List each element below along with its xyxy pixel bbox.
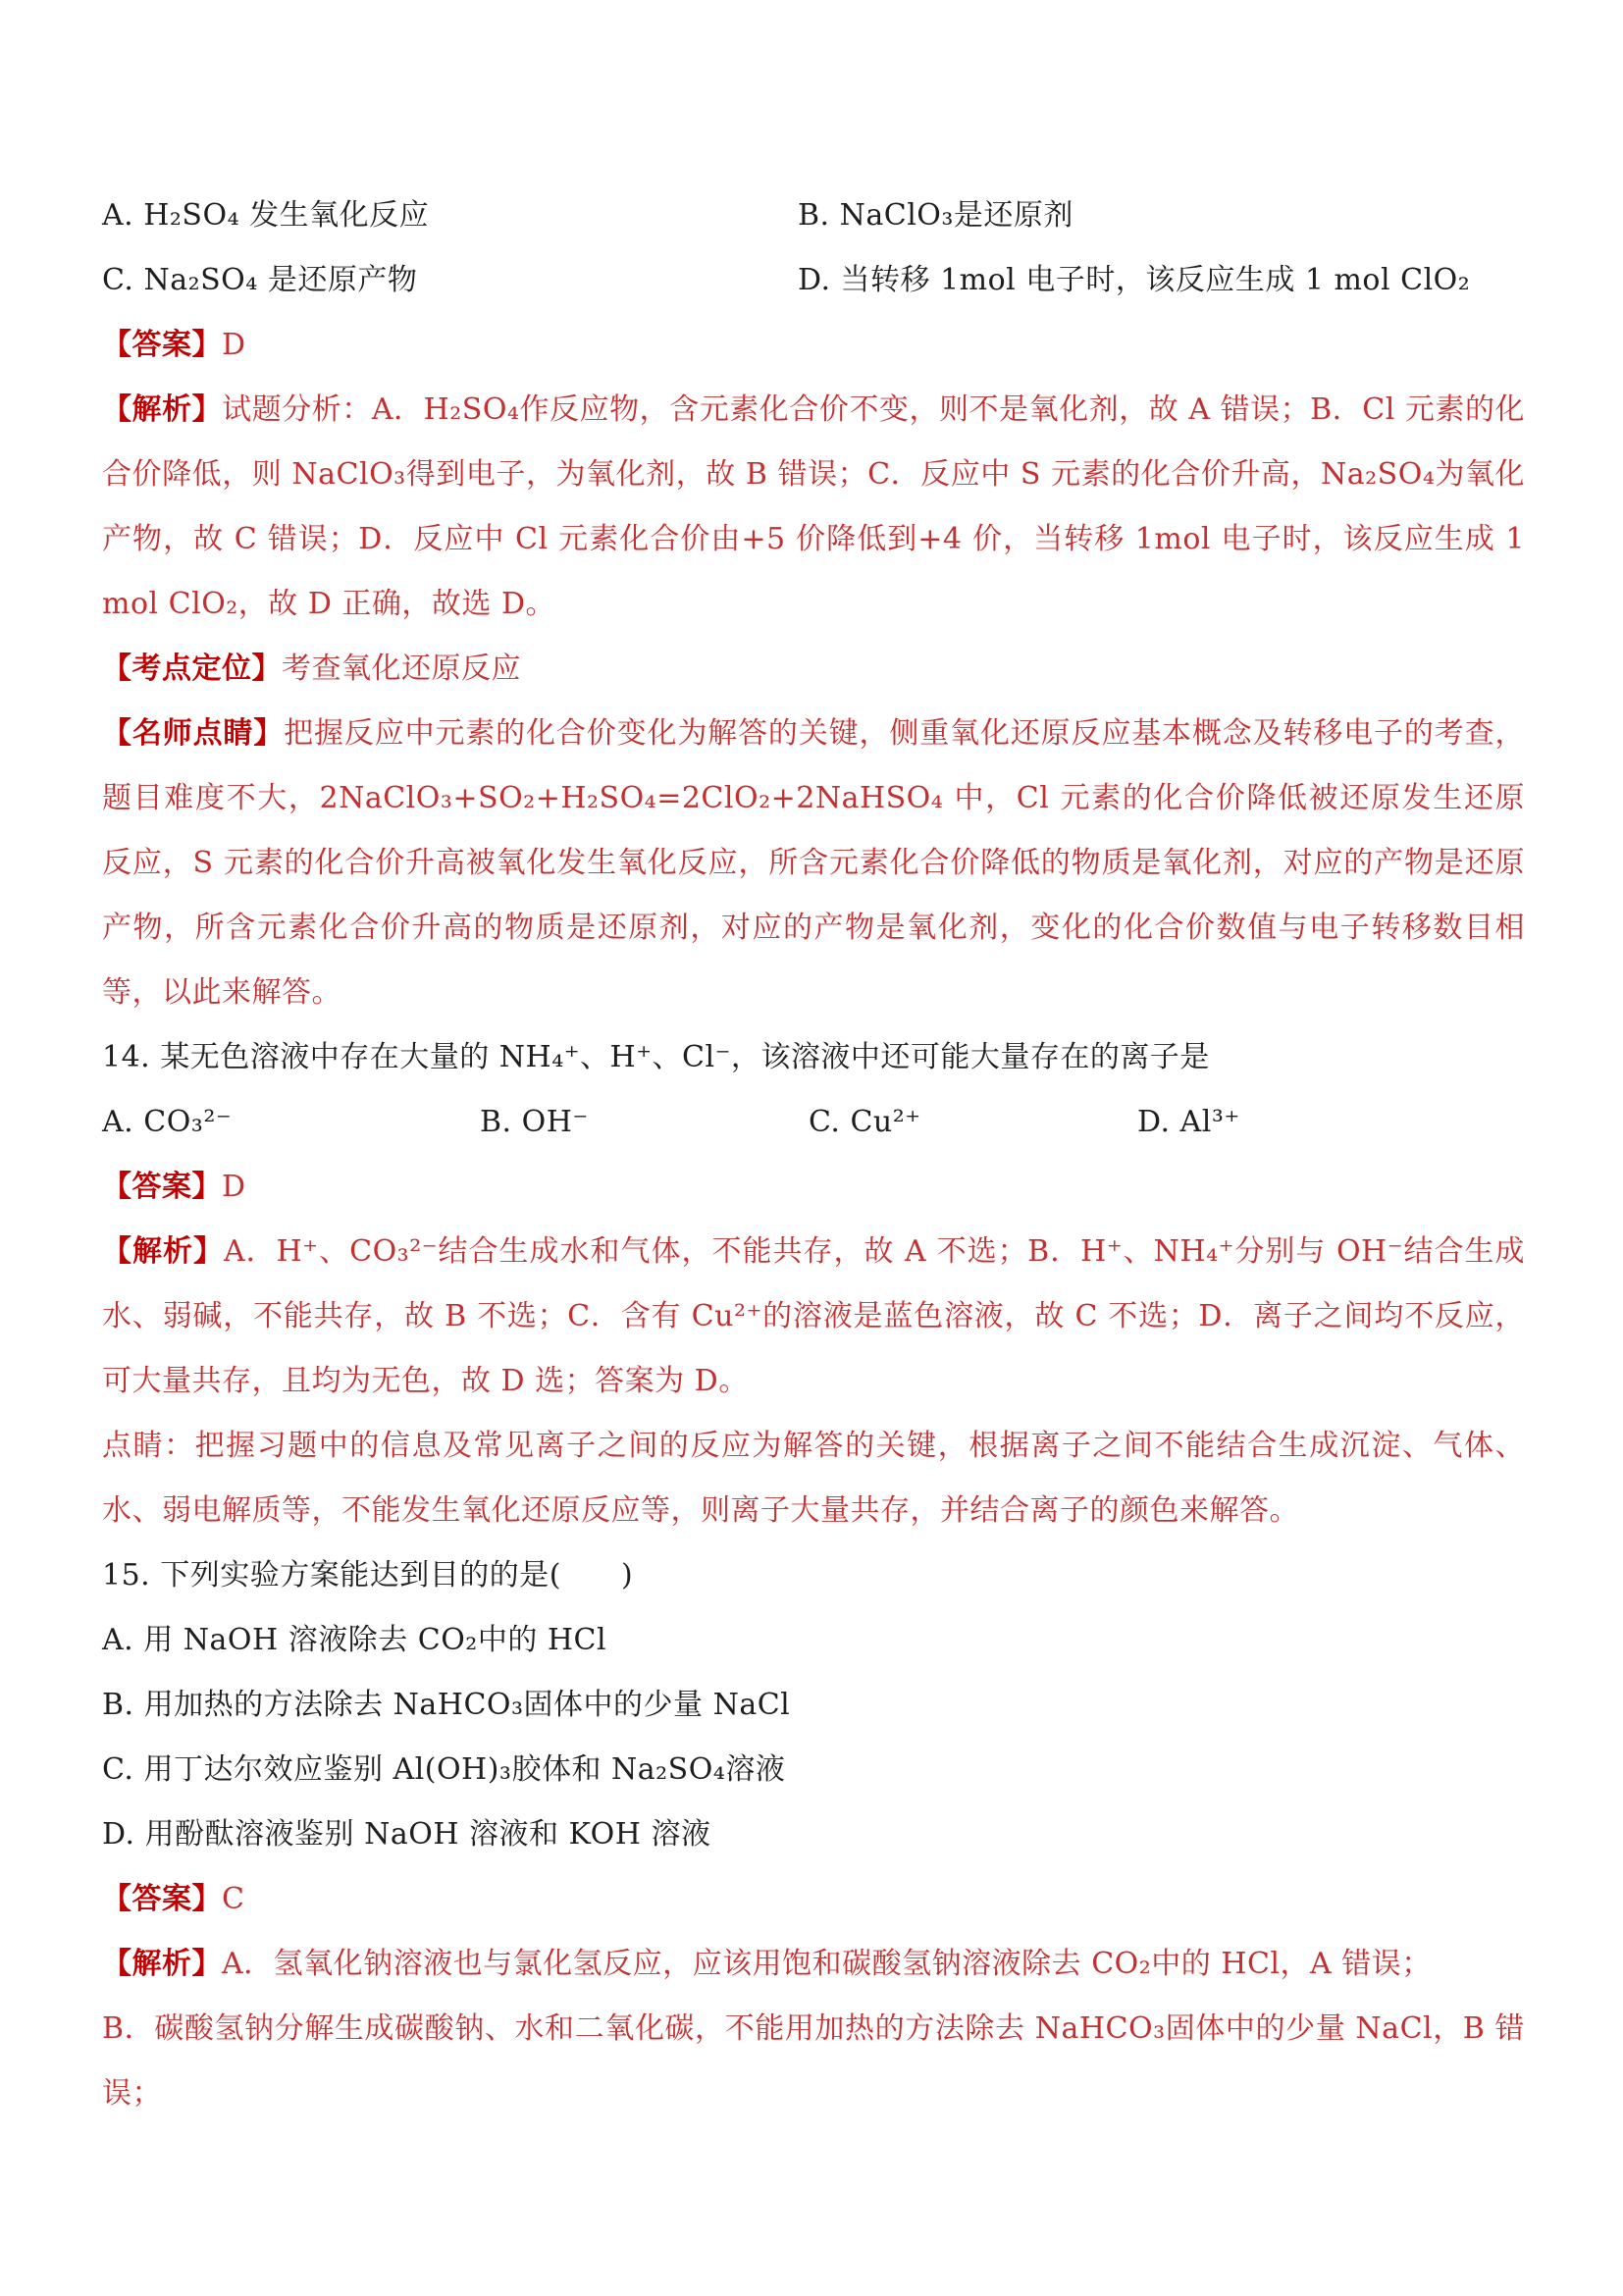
- exam-answer-document-page: A. H₂SO₄ 发生氧化反应 B. NaClO₃是还原剂 C. Na₂SO₄ …: [0, 0, 1623, 2296]
- q13-option-c: C. Na₂SO₄ 是还原产物: [102, 248, 798, 313]
- q15-analysis-b: B．碳酸氢钠分解生成碳酸钠、水和二氧化碳，不能用加热的方法除去 NaHCO₃固体…: [102, 1997, 1525, 2126]
- q13-option-a: A. H₂SO₄ 发生氧化反应: [102, 183, 798, 248]
- analysis-marker: 【解析】: [102, 1234, 224, 1269]
- q13-option-d: D. 当转移 1mol 电子时，该反应生成 1 mol ClO₂: [798, 248, 1525, 313]
- q14-analysis: 【解析】A．H⁺、CO₃²⁻结合生成水和气体，不能共存，故 A 不选；B．H⁺、…: [102, 1220, 1525, 1414]
- q15-stem: 15. 下列实验方案能达到目的的是( ): [102, 1543, 1525, 1608]
- answer-marker: 【答案】: [102, 328, 222, 362]
- q14-stem: 14. 某无色溶液中存在大量的 NH₄⁺、H⁺、Cl⁻，该溶液中还可能大量存在的…: [102, 1025, 1525, 1090]
- q14-option-c: C. Cu²⁺: [809, 1090, 1137, 1155]
- q15-option-d: D. 用酚酞溶液鉴别 NaOH 溶液和 KOH 溶液: [102, 1802, 1525, 1867]
- q13-teacher-note: 【名师点睛】把握反应中元素的化合价变化为解答的关键，侧重氧化还原反应基本概念及转…: [102, 702, 1525, 1025]
- q13-exam-point: 【考点定位】考查氧化还原反应: [102, 637, 1525, 702]
- q14-tip: 点睛：把握习题中的信息及常见离子之间的反应为解答的关键，根据离子之间不能结合生成…: [102, 1414, 1525, 1543]
- q14-analysis-text: A．H⁺、CO₃²⁻结合生成水和气体，不能共存，故 A 不选；B．H⁺、NH₄⁺…: [102, 1234, 1525, 1398]
- q15-analysis-a-text: A．氢氧化钠溶液也与氯化氢反应，应该用饱和碳酸氢钠溶液除去 CO₂中的 HCl，…: [222, 1947, 1432, 1981]
- answer-marker: 【答案】: [102, 1882, 222, 1916]
- exam-point-marker: 【考点定位】: [102, 652, 282, 686]
- analysis-marker: 【解析】: [102, 1947, 222, 1981]
- q13-options-row-ab: A. H₂SO₄ 发生氧化反应 B. NaClO₃是还原剂: [102, 183, 1525, 248]
- q15-analysis-a: 【解析】A．氢氧化钠溶液也与氯化氢反应，应该用饱和碳酸氢钠溶液除去 CO₂中的 …: [102, 1932, 1525, 1997]
- analysis-marker: 【解析】: [102, 392, 222, 427]
- q15-answer-value: C: [222, 1882, 244, 1916]
- q13-answer-value: D: [222, 328, 246, 362]
- q13-answer-line: 【答案】D: [102, 313, 1525, 378]
- q13-analysis: 【解析】试题分析：A．H₂SO₄作反应物，含元素化合价不变，则不是氧化剂，故 A…: [102, 378, 1525, 637]
- q14-answer-value: D: [222, 1170, 246, 1204]
- answer-marker: 【答案】: [102, 1170, 222, 1204]
- q14-option-a: A. CO₃²⁻: [102, 1090, 480, 1155]
- q14-answer-line: 【答案】D: [102, 1155, 1525, 1220]
- q14-option-b: B. OH⁻: [480, 1090, 809, 1155]
- q15-option-a: A. 用 NaOH 溶液除去 CO₂中的 HCl: [102, 1608, 1525, 1673]
- q14-options-row: A. CO₃²⁻ B. OH⁻ C. Cu²⁺ D. Al³⁺: [102, 1090, 1525, 1155]
- q13-option-b: B. NaClO₃是还原剂: [798, 183, 1525, 248]
- q15-answer-line: 【答案】C: [102, 1867, 1525, 1932]
- q15-option-c: C. 用丁达尔效应鉴别 Al(OH)₃胶体和 Na₂SO₄溶液: [102, 1738, 1525, 1802]
- teacher-note-marker: 【名师点睛】: [102, 716, 284, 751]
- q15-option-b: B. 用加热的方法除去 NaHCO₃固体中的少量 NaCl: [102, 1673, 1525, 1738]
- q14-option-d: D. Al³⁺: [1137, 1090, 1525, 1155]
- q13-analysis-text: 试题分析：A．H₂SO₄作反应物，含元素化合价不变，则不是氧化剂，故 A 错误；…: [102, 392, 1525, 621]
- q13-options-row-cd: C. Na₂SO₄ 是还原产物 D. 当转移 1mol 电子时，该反应生成 1 …: [102, 248, 1525, 313]
- q13-teacher-note-text: 把握反应中元素的化合价变化为解答的关键，侧重氧化还原反应基本概念及转移电子的考查…: [102, 716, 1525, 1010]
- q13-exam-point-text: 考查氧化还原反应: [282, 652, 521, 686]
